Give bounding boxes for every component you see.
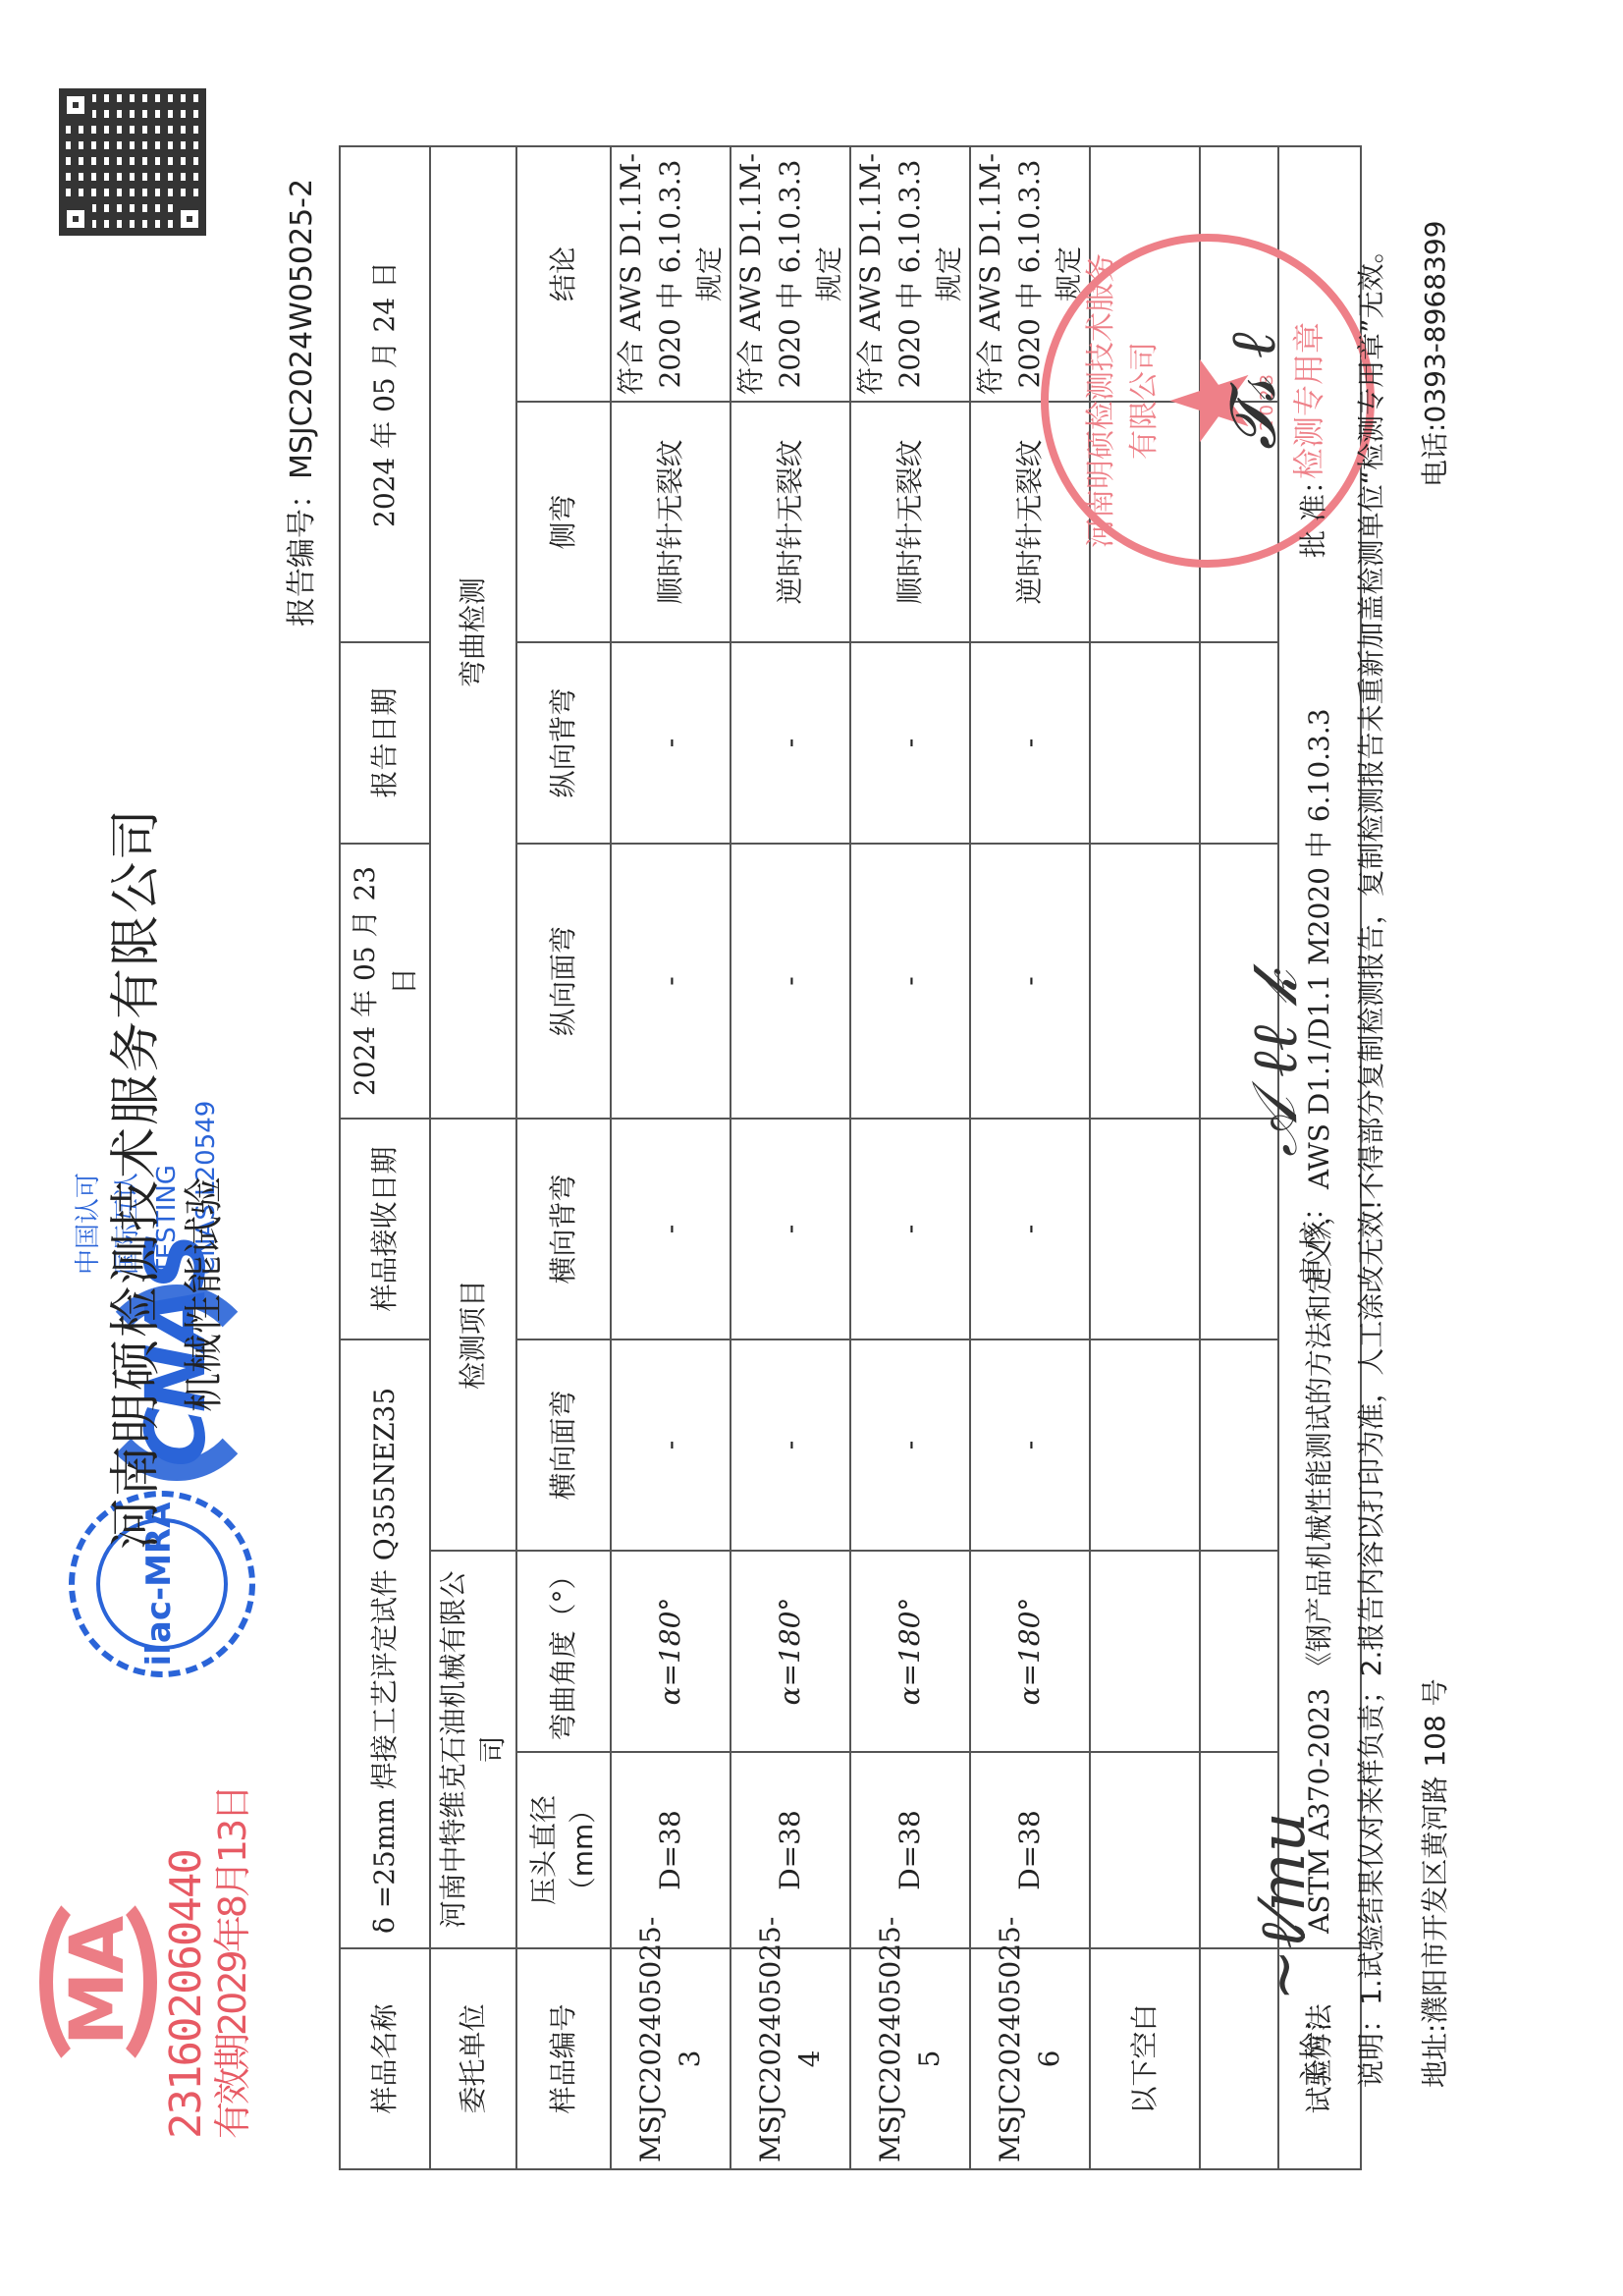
col-header-conclusion: 结论: [516, 146, 611, 402]
conclusion: 符合 AWS D1.1M-2020 中 6.10.3.3 规定: [850, 146, 970, 402]
diameter: D=38: [611, 1752, 730, 1948]
longitudinal-face: -: [730, 844, 850, 1119]
sample-name-label: 样品名称: [340, 1948, 430, 2169]
sample-id: MSJC202405025-5: [850, 1948, 970, 2169]
transverse-root: -: [850, 1119, 970, 1339]
longitudinal-face: -: [850, 844, 970, 1119]
client-value: 河南中特维克石油机械有限公司: [430, 1551, 516, 1948]
client-label: 委托单位: [430, 1948, 516, 2169]
longitudinal-root: -: [850, 642, 970, 844]
report-number: 报告编号：MSJC2024W05025-2: [277, 179, 320, 627]
reviewer-signature: 𝒜 ℓℓ 𝓀: [1239, 971, 1312, 1157]
transverse-root: -: [970, 1119, 1090, 1339]
cma-valid-date: 有效期2029年8月13日: [202, 1825, 256, 2139]
transverse-root: -: [611, 1119, 730, 1339]
diameter: D=38: [970, 1752, 1090, 1948]
angle: α=180°: [611, 1551, 730, 1752]
transverse-face: -: [611, 1339, 730, 1551]
diameter: D=38: [850, 1752, 970, 1948]
inspector-label: 主检：: [1292, 2005, 1331, 2088]
angle: α=180°: [850, 1551, 970, 1752]
cma-logo-letters: MA: [53, 1884, 140, 2080]
longitudinal-root: -: [970, 642, 1090, 844]
approver-label: 批 准：: [1292, 466, 1331, 558]
side-bend: 逆时针无裂纹: [730, 402, 850, 642]
angle: α=180°: [970, 1551, 1090, 1752]
sample-id: MSJC202405025-3: [611, 1948, 730, 2169]
cma-stamp: MA 231602060440 有效期2029年8月13日: [39, 1913, 206, 2139]
lab-phone: 电话:0393-8968399: [1414, 221, 1453, 488]
items-label: 检测项目: [430, 1119, 516, 1551]
col-header-transverse-face: 横向面弯: [516, 1339, 611, 1551]
table-row: MSJC202405025-5 D=38 α=180° - - - - 顺时针无…: [850, 146, 970, 2169]
diameter: D=38: [730, 1752, 850, 1948]
side-bend: 顺时针无裂纹: [850, 402, 970, 642]
report-page: MA 231602060440 有效期2029年8月13日 ilac-MRA C…: [0, 0, 1623, 2296]
receive-date-label: 样品接收日期: [340, 1119, 430, 1339]
company-title: 河南明硕检测技术服务有限公司: [94, 807, 168, 1550]
lab-address: 地址:濮阳市开发区黄河路 108 号: [1414, 1678, 1453, 2088]
longitudinal-face: -: [611, 844, 730, 1119]
transverse-root: -: [730, 1119, 850, 1339]
reviewer-label: 审 核：: [1292, 1193, 1331, 1285]
table-row: MSJC202405025-4 D=38 α=180° - - - - 逆时针无…: [730, 146, 850, 2169]
col-header-angle: 弯曲角度（°）: [516, 1551, 611, 1752]
receive-date-value: 2024 年 05 月 23 日: [340, 844, 430, 1119]
sample-name-value: δ =25mm 焊接工艺评定试件 Q355NEZ35: [340, 1339, 430, 1948]
report-subtitle: 机械性能试验: [173, 1176, 229, 1412]
approver-signature: 𝓣𝓈 ℓ: [1217, 332, 1290, 450]
qr-code-icon[interactable]: [59, 88, 206, 236]
conclusion: 符合 AWS D1.1M-2020 中 6.10.3.3 规定: [611, 146, 730, 402]
col-header-diameter: 压头直径（mm）: [516, 1752, 611, 1948]
report-date-label: 报告日期: [340, 642, 430, 844]
col-header-longitudinal-root: 纵向背弯: [516, 642, 611, 844]
col-header-transverse-root: 横向背弯: [516, 1119, 611, 1339]
transverse-face: -: [970, 1339, 1090, 1551]
col-header-longitudinal-face: 纵向面弯: [516, 844, 611, 1119]
longitudinal-face: -: [970, 844, 1090, 1119]
side-bend: 顺时针无裂纹: [611, 402, 730, 642]
transverse-face: -: [730, 1339, 850, 1551]
angle: α=180°: [730, 1551, 850, 1752]
report-number-value: MSJC2024W05025-2: [285, 179, 319, 479]
longitudinal-root: -: [611, 642, 730, 844]
inspector-signature: ~ℓ⁄mu: [1247, 1812, 1320, 2001]
report-date-value: 2024 年 05 月 24 日: [340, 146, 430, 642]
col-header-side-bend: 侧弯: [516, 402, 611, 642]
conclusion: 符合 AWS D1.1M-2020 中 6.10.3.3 规定: [730, 146, 850, 402]
client-row: 委托单位 河南中特维克石油机械有限公司 检测项目 弯曲检测: [430, 146, 516, 2169]
col-header-sample-id: 样品编号: [516, 1948, 611, 2169]
items-value: 弯曲检测: [430, 146, 516, 1119]
report-notes: 说明：1.试验结果仅对来样负责；2.报告内容以打印为准，人工涂改无效!不得部分复…: [1350, 236, 1389, 2088]
longitudinal-root: -: [730, 642, 850, 844]
sample-name-row: 样品名称 δ =25mm 焊接工艺评定试件 Q355NEZ35 样品接收日期 2…: [340, 146, 430, 2169]
blank-below-label: 以下空白: [1090, 1948, 1200, 2169]
sample-id: MSJC202405025-6: [970, 1948, 1090, 2169]
table-header-row: 样品编号 压头直径（mm） 弯曲角度（°） 横向面弯 横向背弯 纵向面弯 纵向背…: [516, 146, 611, 2169]
transverse-face: -: [850, 1339, 970, 1551]
sample-id: MSJC202405025-4: [730, 1948, 850, 2169]
table-row: MSJC202405025-3 D=38 α=180° - - - - 顺时针无…: [611, 146, 730, 2169]
